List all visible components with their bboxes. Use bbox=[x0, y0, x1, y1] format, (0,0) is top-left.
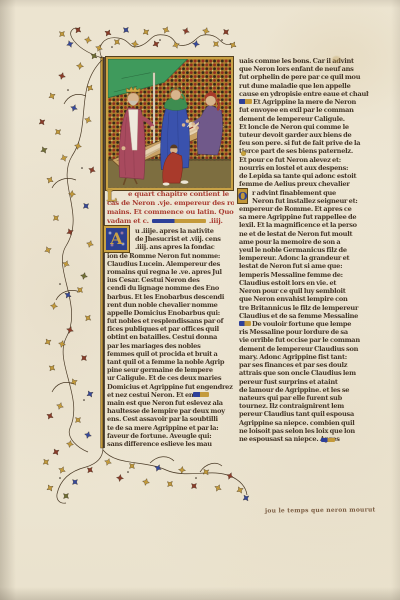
text-line: r advint finablement que bbox=[239, 189, 369, 197]
text-line: tierce part de ses biens paternelz. bbox=[239, 147, 369, 155]
text-line: fut envoyee en exil par le comman bbox=[239, 106, 369, 114]
text-line: Claudius et de sa femme Messaline bbox=[239, 312, 369, 320]
page-edge-shadow-right bbox=[391, 0, 400, 600]
text-line: te de sa mere Agrippine et par la: bbox=[107, 424, 235, 432]
text-line: u .iiije. apres la nativite bbox=[107, 227, 235, 235]
text-line: par les mariages des nobles bbox=[107, 342, 235, 350]
line-filler-ornament bbox=[152, 219, 206, 224]
text-line: pereur fust surprins et ataint bbox=[239, 378, 369, 386]
text-line: ne et de lestat de Neron fut moult bbox=[239, 230, 369, 238]
text-line: uais comme les bons. Car il advint bbox=[239, 57, 369, 65]
text-line: ame pour la memoire de son a bbox=[239, 238, 369, 246]
text-line: Neron pour ce quil luy sembloit bbox=[239, 287, 369, 295]
miniature-nero-dissection-scene bbox=[106, 57, 233, 190]
text-line: feu son pere. si fut de fait prive de la bbox=[239, 139, 369, 147]
text-column-left: u .iiije. apres la nativitede Jhesucrist… bbox=[107, 227, 235, 448]
text-line: lexil. Et la magnificence et la perso bbox=[239, 221, 369, 229]
text-line: fut orphelin de pere par ce quil mou bbox=[239, 73, 369, 81]
text-line: ris Messaline pour lordure de sa bbox=[239, 328, 369, 336]
text-line: yeul le noble Germanicus filz de bbox=[239, 246, 369, 254]
text-line: lempereur. Adonc la grandeur et bbox=[239, 254, 369, 262]
text-line: main est que Neron fut eslevez ala bbox=[107, 399, 235, 407]
text-line: ur Caligule. Et de ces deux maries bbox=[107, 374, 235, 382]
text-line: et nez cestui Neron. Et en la bbox=[107, 391, 235, 399]
text-line: faveur de fortune. Aveugle qui: bbox=[107, 432, 235, 440]
text-line: mary. Adonc Agrippine fist tant: bbox=[239, 353, 369, 361]
text-line: Claudius estoit lors en vie. et bbox=[239, 279, 369, 287]
page-edge-shadow-top bbox=[0, 0, 400, 8]
text-line: De vouloir fortune que lempe bbox=[239, 320, 369, 328]
text-line: ne espousast sa niepce. Apres bbox=[239, 435, 369, 443]
text-line: attrais que son oncle Claudius lem bbox=[239, 369, 369, 377]
text-line: tournez. Ilz contraignirent lem bbox=[239, 402, 369, 410]
rubric-line: cas de Neron .vje. empereur des rom bbox=[107, 199, 234, 208]
text-line: ion de Romme Neron fut nomme: bbox=[107, 252, 235, 260]
text-line: de lamour de Agrippine. et les se bbox=[239, 386, 369, 394]
text-line: Agrippine sa niepce. combien quil bbox=[239, 419, 369, 427]
text-line: femme de Aelius preux chevalier bbox=[239, 180, 369, 188]
line-filler-ornament bbox=[239, 321, 251, 326]
text-line: de Jhesucrist et .viij. cens bbox=[107, 235, 235, 243]
line-filler-ornament bbox=[239, 99, 252, 104]
text-line: ens. Cest assavoir par la soubtilli bbox=[107, 415, 235, 423]
text-line: barbus. Et les Enobarbus descendi bbox=[107, 293, 235, 301]
text-line: tre Britannicus le filz de lempereur bbox=[239, 304, 369, 312]
text-line: sa mere Agrippine fut rappellee de bbox=[239, 213, 369, 221]
text-line: sans difference eslieve les mau bbox=[107, 440, 235, 448]
rubric-line: e quart chapitre contient le bbox=[107, 190, 234, 199]
text-line: obtint en batailles. Cestui donna bbox=[107, 333, 235, 341]
text-line: de Lepida sa tante qui adonc estoit bbox=[239, 172, 369, 180]
text-line: pine seur germaine de lempere bbox=[107, 366, 235, 374]
text-line: par ses finances et par ses doulz bbox=[239, 361, 369, 369]
gold-fleck bbox=[241, 151, 246, 156]
text-line: ne loisoit pas selon les loix que lon bbox=[239, 427, 369, 435]
text-line: .iiij. ans apres la fondac bbox=[107, 243, 235, 251]
text-line: Et pour ce fut Neron alevez et: bbox=[239, 156, 369, 164]
text-line: nateurs qui par elle furent sub bbox=[239, 394, 369, 402]
rubric-chapter-heading: e quart chapitre contient lecas de Neron… bbox=[107, 190, 234, 226]
text-line: fut nobles et resplendissans par of bbox=[107, 317, 235, 325]
text-line: Domicius et Agrippine fut engendrez bbox=[107, 383, 235, 391]
text-line: appelle Domicius Enobarbus qui: bbox=[107, 309, 235, 317]
line-filler-ornament bbox=[193, 392, 209, 397]
text-line: fices publiques et par offices quil bbox=[107, 325, 235, 333]
rubric-incipit: vadam et c. bbox=[107, 217, 149, 225]
line-filler-ornament bbox=[321, 438, 335, 443]
text-line: ius Cesar. Cestui Neron des bbox=[107, 276, 235, 284]
text-line: que Neron envahist lempire con bbox=[239, 295, 369, 303]
text-line: tuteur devoit garder aux biens de bbox=[239, 131, 369, 139]
rubric-line-last: vadam et c..iiij. bbox=[107, 217, 234, 226]
rubric-line: mains. Et commence ou latin. Quo bbox=[107, 208, 234, 217]
text-line: pereur Claudius tant quil espousa bbox=[239, 410, 369, 418]
text-line: rut dune maladie que len appelle bbox=[239, 82, 369, 90]
miniature-painting bbox=[108, 59, 231, 188]
text-line: Et loncle de Neron qui comme le bbox=[239, 123, 369, 131]
text-line: vie orrible fut occise par le comman bbox=[239, 336, 369, 344]
parchment-stain bbox=[332, 56, 341, 63]
text-line: nourris en lostel et aux despens: bbox=[239, 164, 369, 172]
text-line: Et Agrippine la mere de Neron bbox=[239, 98, 369, 106]
text-line: romains qui regna le .ve. apres Jul bbox=[107, 268, 235, 276]
text-line: rent dun noble chevalier nomme bbox=[107, 301, 235, 309]
text-column-right: uais comme les bons. Car il advintque Ne… bbox=[239, 57, 369, 443]
manuscript-page: L e quart chapitre contient lecas de Ner… bbox=[0, 0, 400, 600]
text-line: lestat de Neron fut si ame que: bbox=[239, 262, 369, 270]
text-line: femmes quil ot procida et bruit a bbox=[107, 350, 235, 358]
text-line: tant quil ot a femme la noble Agrip bbox=[107, 358, 235, 366]
text-line: Claudius Lucein. Alempereur des bbox=[107, 260, 235, 268]
chapter-number: .iiij. bbox=[209, 217, 223, 225]
text-line: dement de lempereur Claudius son bbox=[239, 345, 369, 353]
text-line: dement de lempereur Caligule. bbox=[239, 115, 369, 123]
text-line: que Neron lors enfant de neuf ans bbox=[239, 65, 369, 73]
text-line: Neron fut installez seigneur et: bbox=[239, 197, 369, 205]
text-line: haultesse de lempire par deux moy bbox=[107, 407, 235, 415]
text-line: empereur de Romme. Et apres ce bbox=[239, 205, 369, 213]
text-line: cause en ydropisie entre eaue et chault bbox=[239, 90, 369, 98]
text-line: lemperis Messaline femme de: bbox=[239, 271, 369, 279]
page-edge-shadow-left bbox=[0, 0, 16, 600]
margin-note: jou le temps que neron mourut bbox=[265, 506, 375, 514]
text-line: cendi du lignage nomme des Eno bbox=[107, 284, 235, 292]
page-edge-shadow-bottom bbox=[0, 587, 400, 600]
